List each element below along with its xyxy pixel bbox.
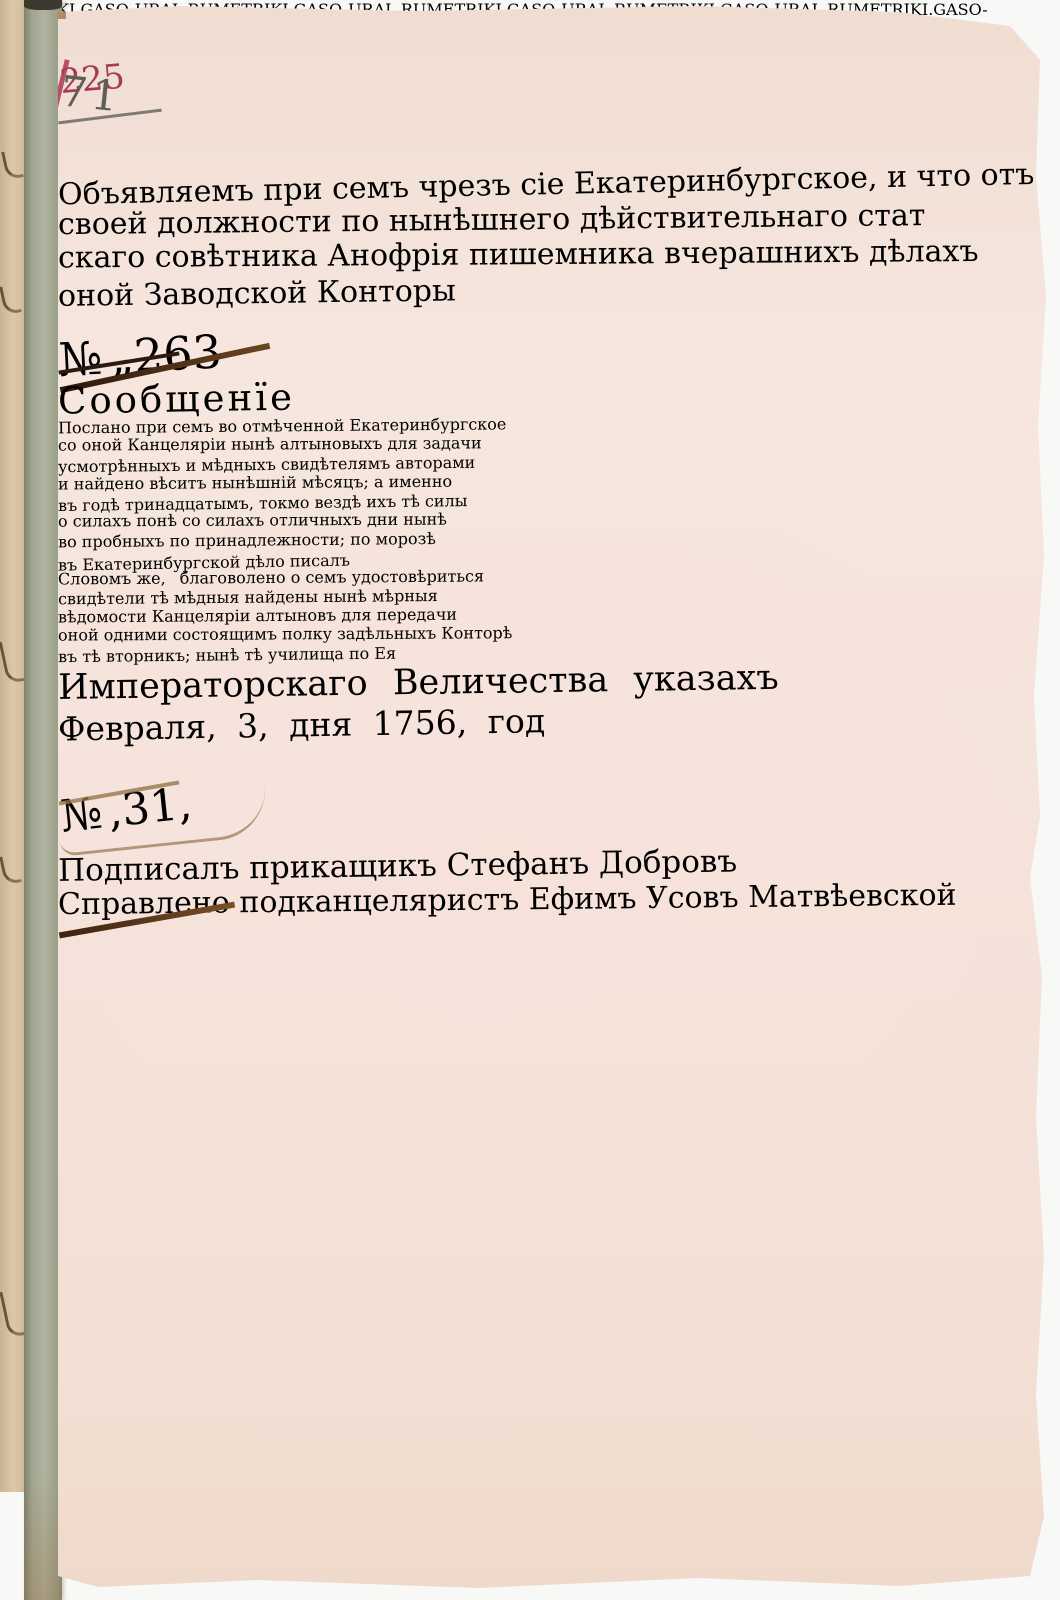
- document-scan: 225 71 Объявляемъ при семъ чрезъ сіе Ека…: [0, 0, 1060, 1600]
- ink-bleed-mark: [1, 149, 24, 181]
- ink-bleed-mark: [0, 284, 22, 316]
- ink-bleed-mark: [0, 639, 24, 685]
- manuscript-page: 225 71 Объявляемъ при семъ чрезъ сіе Ека…: [58, 6, 1048, 1588]
- body-line-rest: благоволено о семъ удостовѣриться: [180, 566, 485, 587]
- binding-strip: [24, 0, 62, 1600]
- ink-bleed-mark: [0, 1289, 26, 1339]
- previous-page-edge: [0, 0, 24, 1492]
- ink-bleed-mark: [0, 854, 22, 886]
- struck-word: Словомъ же,: [58, 569, 166, 589]
